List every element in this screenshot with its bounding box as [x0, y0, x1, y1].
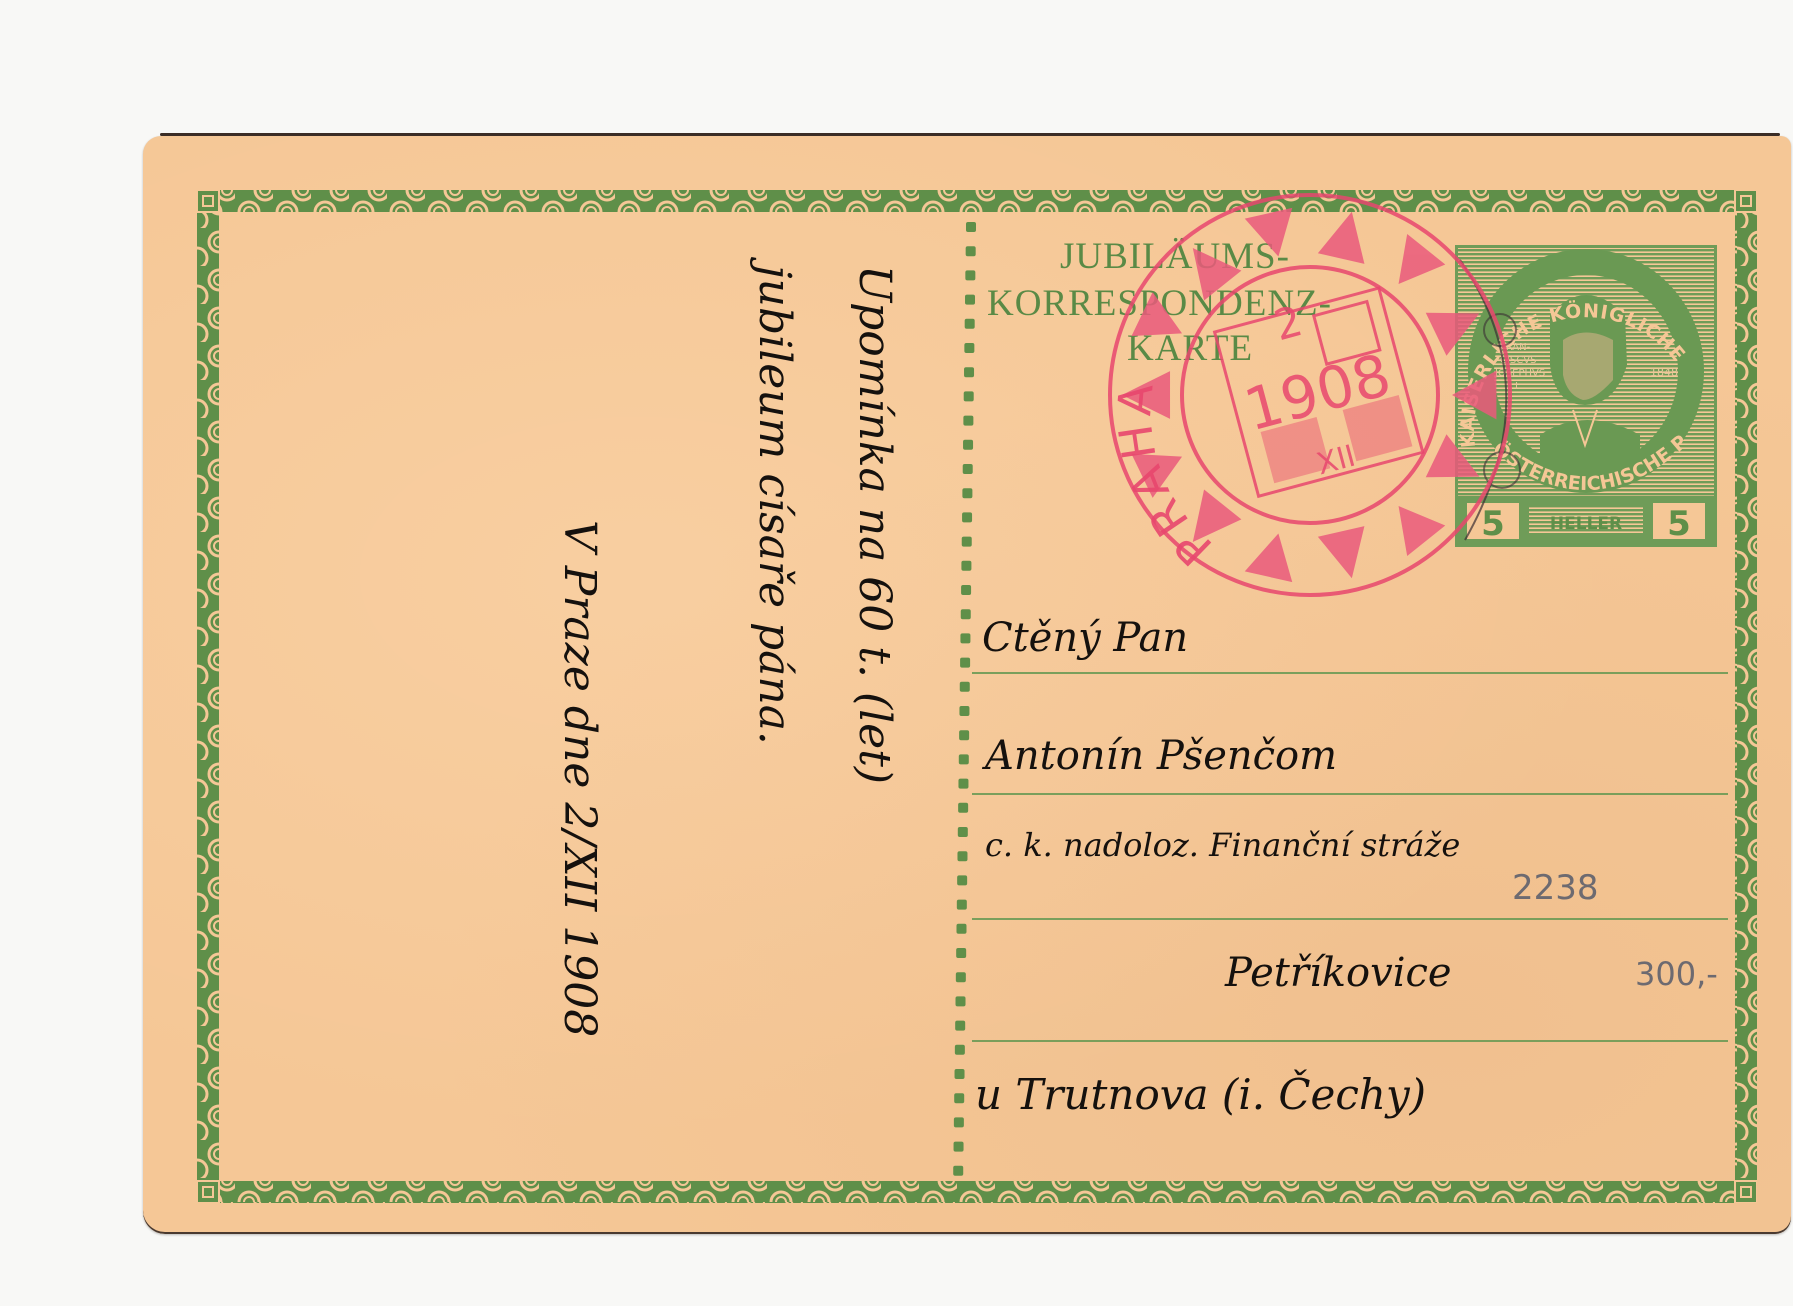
pencil-note-price: 300,-	[1635, 955, 1718, 993]
postmark: 2 1908 XII PRAHA	[1100, 185, 1520, 605]
svg-text:HELLER: HELLER	[1550, 514, 1622, 534]
address-line-2	[972, 793, 1728, 795]
message-line-1: Upomínka na 60 t. (let)	[849, 265, 900, 784]
card-edge	[160, 133, 1780, 136]
address-title: c. k. nadoloz. Finanční stráže	[985, 826, 1460, 864]
message-date: V Praze dne 2/XII 1908	[554, 520, 605, 1037]
pencil-note-catalog: 2238	[1512, 868, 1599, 908]
address-name: Antonín Pšenčom	[985, 733, 1337, 779]
address-salutation: Ctěný Pan	[982, 615, 1188, 661]
svg-text:5: 5	[1667, 504, 1691, 544]
address-region: u Trutnova (i. Čechy)	[975, 1070, 1426, 1119]
message-line-2: jubileum císaře pána.	[749, 265, 800, 745]
dotted-divider	[950, 222, 980, 1187]
svg-text:2: 2	[1269, 296, 1308, 350]
address-line-1	[972, 672, 1728, 674]
address-line-4	[972, 1040, 1728, 1042]
svg-text:1848: 1848	[1650, 366, 1678, 379]
address-line-3	[972, 918, 1728, 920]
address-town: Petříkovice	[1225, 950, 1452, 996]
